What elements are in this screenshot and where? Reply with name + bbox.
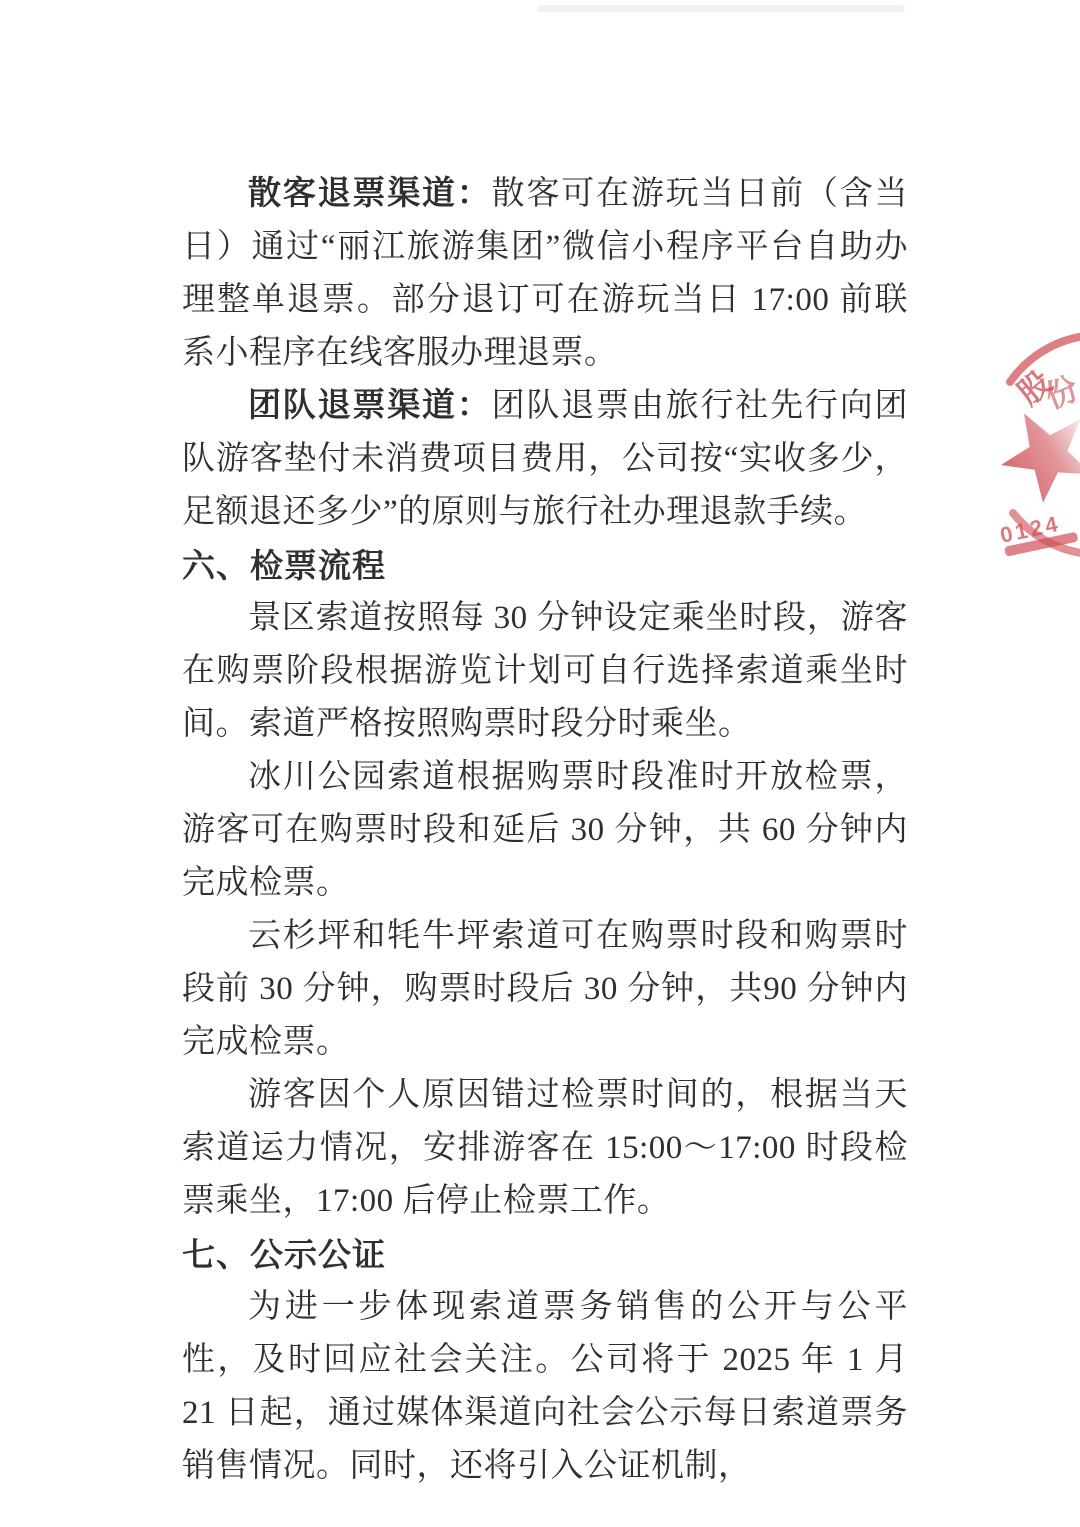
scan-artifact-bar [537,5,905,12]
seal-banner-fragment [1004,532,1078,557]
individual-refund-label: 散客退票渠道： [248,176,492,212]
seal-star-icon [984,391,1080,512]
seal-ring-bottom-arc [1013,513,1080,553]
seal-text-char-2: 份 [1040,370,1080,415]
paragraph-public-notice: 为进一步体现索道票务销售的公开与公平性，及时回应社会关注。公司将于 2025 年… [182,1281,908,1493]
seal-text-char-1: 股 [1011,364,1059,412]
section-heading-public-notice-notarization: 七、公示公证 [182,1228,908,1281]
document-page: 散客退票渠道：散客可在游玩当日前（含当日）通过“丽江旅游集团”微信小程序平台自助… [0,0,1080,1527]
group-refund-label: 团队退票渠道： [248,388,492,424]
section-heading-ticket-check-process: 六、检票流程 [182,539,908,592]
document-body: 散客退票渠道：散客可在游玩当日前（含当日）通过“丽江旅游集团”微信小程序平台自助… [182,168,908,1493]
paragraph-individual-refund-channel: 散客退票渠道：散客可在游玩当日前（含当日）通过“丽江旅游集团”微信小程序平台自助… [182,168,908,380]
paragraph-glacier-park-check: 冰川公园索道根据购票时段准时开放检票，游客可在购票时段和延后 30 分钟，共 6… [182,751,908,910]
company-seal-stamp: 股 份 0124 [970,315,1080,575]
seal-number: 0124 [998,511,1063,548]
seal-ring-top-arc [1010,336,1080,382]
paragraph-group-refund-channel: 团队退票渠道：团队退票由旅行社先行向团队游客垫付未消费项目费用，公司按“实收多少… [182,380,908,539]
paragraph-yunshanping-yakping-check: 云杉坪和牦牛坪索道可在购票时段和购票时段前 30 分钟，购票时段后 30 分钟，… [182,910,908,1069]
paragraph-cableway-time-slots: 景区索道按照每 30 分钟设定乘坐时段，游客在购票阶段根据游览计划可自行选择索道… [182,592,908,751]
paragraph-missed-check-time: 游客因个人原因错过检票时间的，根据当天索道运力情况，安排游客在 15:00～17… [182,1069,908,1228]
